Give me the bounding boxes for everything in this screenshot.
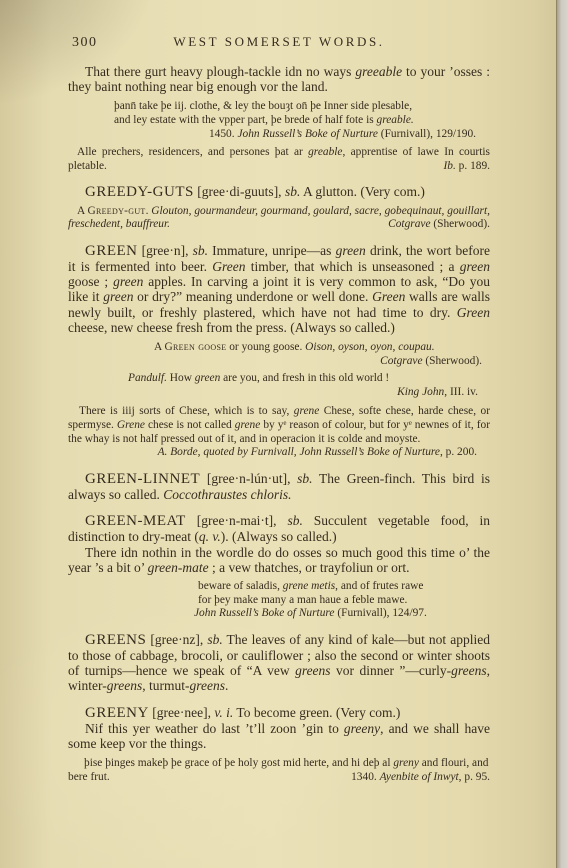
entry-green-meat: GREEN-MEAT [gree·n-mai·t], sb. Succulent…	[68, 513, 490, 544]
page-number: 300	[72, 35, 98, 51]
quote-attribution: Cotgrave (Sherwood).	[388, 218, 490, 232]
quote-green-goose: A Green goose or young goose. Oison, oys…	[154, 341, 490, 368]
quote-attribution: 1340. Ayenbite of Inwyt, p. 95.	[351, 771, 490, 785]
quote-text: A Green goose or young goose. Oison, oys…	[154, 341, 490, 355]
quote-line: for þey make many a man haue a feble maw…	[198, 594, 490, 608]
scan-edge-strip	[557, 0, 567, 868]
quote-king-john: Pandulf. How green are you, and fresh in…	[128, 372, 490, 399]
quote-attribution: John Russell’s Boke of Nurture (Furnival…	[194, 607, 490, 621]
quote-attribution: A. Borde, quoted by Furnivall, John Russ…	[68, 446, 490, 460]
quote-russell-nurture: þann̄ take þe iij. clothe, & ley the bou…	[114, 100, 490, 141]
entry-green: GREEN [gree·n], sb. Immature, unripe—as …	[68, 243, 490, 335]
quote-greedy-gut-cotgrave: A Greedy-gut. Glouton, gourmandeur, gour…	[68, 205, 490, 232]
quote-attribution: Cotgrave (Sherwood).	[68, 355, 490, 369]
entry-green-meat-example: There idn nothin in the wordle do do oss…	[68, 545, 490, 575]
quote-prechers: Alle prechers, residencers, and persones…	[68, 146, 490, 173]
quote-chese-borde: There is iiij sorts of Chese, which is t…	[68, 405, 490, 459]
quote-attribution: 1450. John Russell’s Boke of Nurture (Fu…	[114, 128, 490, 142]
entry-green-linnet: GREEN-LINNET [gree·n-lún·ut], sb. The Gr…	[68, 471, 490, 502]
quote-saladis: beware of saladis, grene metis, and of f…	[198, 580, 490, 621]
quote-line: beware of saladis, grene metis, and of f…	[198, 580, 490, 594]
page-header: 300 WEST SOMERSET WORDS.	[68, 34, 490, 52]
quote-text: Pandulf. How green are you, and fresh in…	[128, 372, 490, 386]
quote-line: þann̄ take þe iij. clothe, & ley the bou…	[114, 100, 490, 114]
running-title: WEST SOMERSET WORDS.	[68, 34, 490, 50]
quote-text: There is iiij sorts of Chese, which is t…	[68, 405, 490, 446]
quote-attribution: Ib. p. 189.	[443, 160, 490, 174]
quote-attribution: King John, III. iv.	[68, 386, 490, 400]
intro-paragraph: That there gurt heavy plough-tackle idn …	[68, 64, 490, 94]
entry-greens: GREENS [gree·nz], sb. The leaves of any …	[68, 632, 490, 694]
quote-ayenbite: þise þinges makeþ þe grace of þe holy go…	[68, 757, 490, 784]
quote-line: and ley estate with the vpper part, þe b…	[114, 114, 490, 128]
entry-greedy-guts: GREEDY-GUTS [gree·di-guuts], sb. A glutt…	[68, 184, 490, 200]
quote-text: Alle prechers, residencers, and persones…	[68, 146, 490, 172]
scanned-book-page: 300 WEST SOMERSET WORDS. That there gurt…	[0, 0, 567, 868]
entry-greeny: GREENY [gree·nee], v. i. To become green…	[68, 705, 490, 721]
entry-greeny-example: Nif this yer weather do last ’t’ll zoon …	[68, 721, 490, 751]
page-body: 300 WEST SOMERSET WORDS. That there gurt…	[0, 0, 557, 868]
